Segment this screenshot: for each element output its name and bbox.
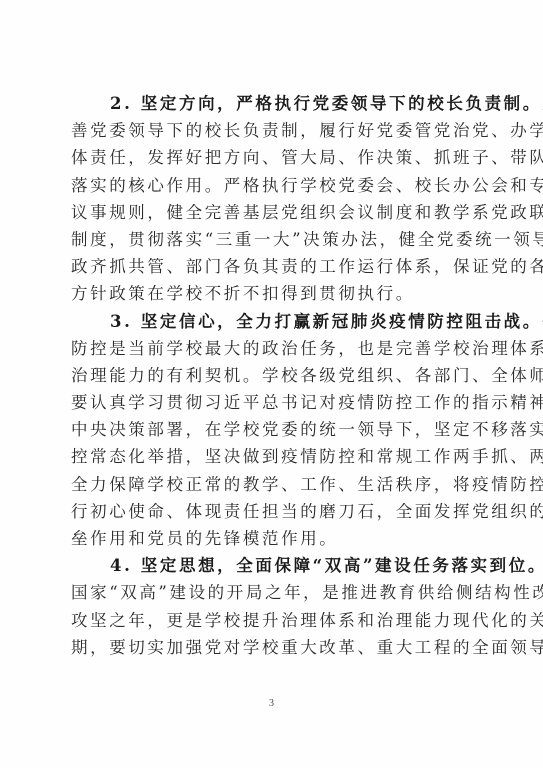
paragraph-first-line: 3. 坚定信心，全力打赢新冠肺炎疫情防控阻击战。做好疫情 [71,308,479,335]
paragraph-line: 政齐抓共管、部门各负其责的工作运行体系，保证党的各项路线 [71,253,479,280]
paragraph-line: 期，要切实加强党对学校重大改革、重大工程的全面领导，坚持 [71,634,479,661]
paragraph-line: 善党委领导下的校长负责制，履行好党委管党治党、办学治校主 [71,117,479,144]
paragraph-3: 3. 坚定信心，全力打赢新冠肺炎疫情防控阻击战。做好疫情 防控是当前学校最大的政… [71,308,479,553]
paragraph-line: 全力保障学校正常的教学、工作、生活秩序，将疫情防控作为践 [71,471,479,498]
paragraph-line: 防控是当前学校最大的政治任务，也是完善学校治理体系、提升 [71,335,479,362]
paragraph-heading: 3. 坚定信心，全力打赢新冠肺炎疫情防控阻击战。 [110,312,542,331]
paragraph-line: 要认真学习贯彻习近平总书记对疫情防控工作的指示精神和党 [71,389,479,416]
paragraph-line: 行初心使命、体现责任担当的磨刀石，全面发挥党组织的战斗堡 [71,498,479,525]
paragraph-line: 体责任，发挥好把方向、管大局、作决策、抓班子、带队伍、保 [71,144,479,171]
paragraph-line: 中央决策部署，在学校党委的统一领导下，坚定不移落实疫情防 [71,416,479,443]
paragraph-line: 国家“双高”建设的开局之年，是推进教育供给侧结构性改革的 [71,579,479,606]
paragraph-line: 落实的核心作用。严格执行学校党委会、校长办公会和专题会议 [71,172,479,199]
page-number: 3 [0,698,543,709]
paragraph-first-line: 2. 坚定方向，严格执行党委领导下的校长负责制。坚持和完 [71,90,479,117]
paragraph-2: 2. 坚定方向，严格执行党委领导下的校长负责制。坚持和完 善党委领导下的校长负责… [71,90,479,308]
paragraph-line: 攻坚之年，更是学校提升治理体系和治理能力现代化的关键机遇 [71,607,479,634]
document-body: 2. 坚定方向，严格执行党委领导下的校长负责制。坚持和完 善党委领导下的校长负责… [71,90,479,661]
paragraph-line: 治理能力的有利契机。学校各级党组织、各部门、全体师生员工 [71,362,479,389]
paragraph-heading: 4. 坚定思想，全面保障“双高”建设任务落实到位。 [110,556,543,575]
paragraph-heading: 2. 坚定方向，严格执行党委领导下的校长负责制。 [110,94,542,113]
paragraph-4: 4. 坚定思想，全面保障“双高”建设任务落实到位。今年是 国家“双高”建设的开局… [71,552,479,661]
document-page: 2. 坚定方向，严格执行党委领导下的校长负责制。坚持和完 善党委领导下的校长负责… [0,0,543,768]
paragraph-line: 议事规则，健全完善基层党组织会议制度和教学系党政联席会议 [71,199,479,226]
paragraph-line: 制度，贯彻落实“三重一大”决策办法，健全党委统一领导、党 [71,226,479,253]
paragraph-line: 方针政策在学校不折不扣得到贯彻执行。 [71,280,479,307]
paragraph-line: 控常态化举措，坚决做到疫情防控和常规工作两手抓、两手硬， [71,443,479,470]
paragraph-first-line: 4. 坚定思想，全面保障“双高”建设任务落实到位。今年是 [71,552,479,579]
paragraph-line: 垒作用和党员的先锋模范作用。 [71,525,479,552]
